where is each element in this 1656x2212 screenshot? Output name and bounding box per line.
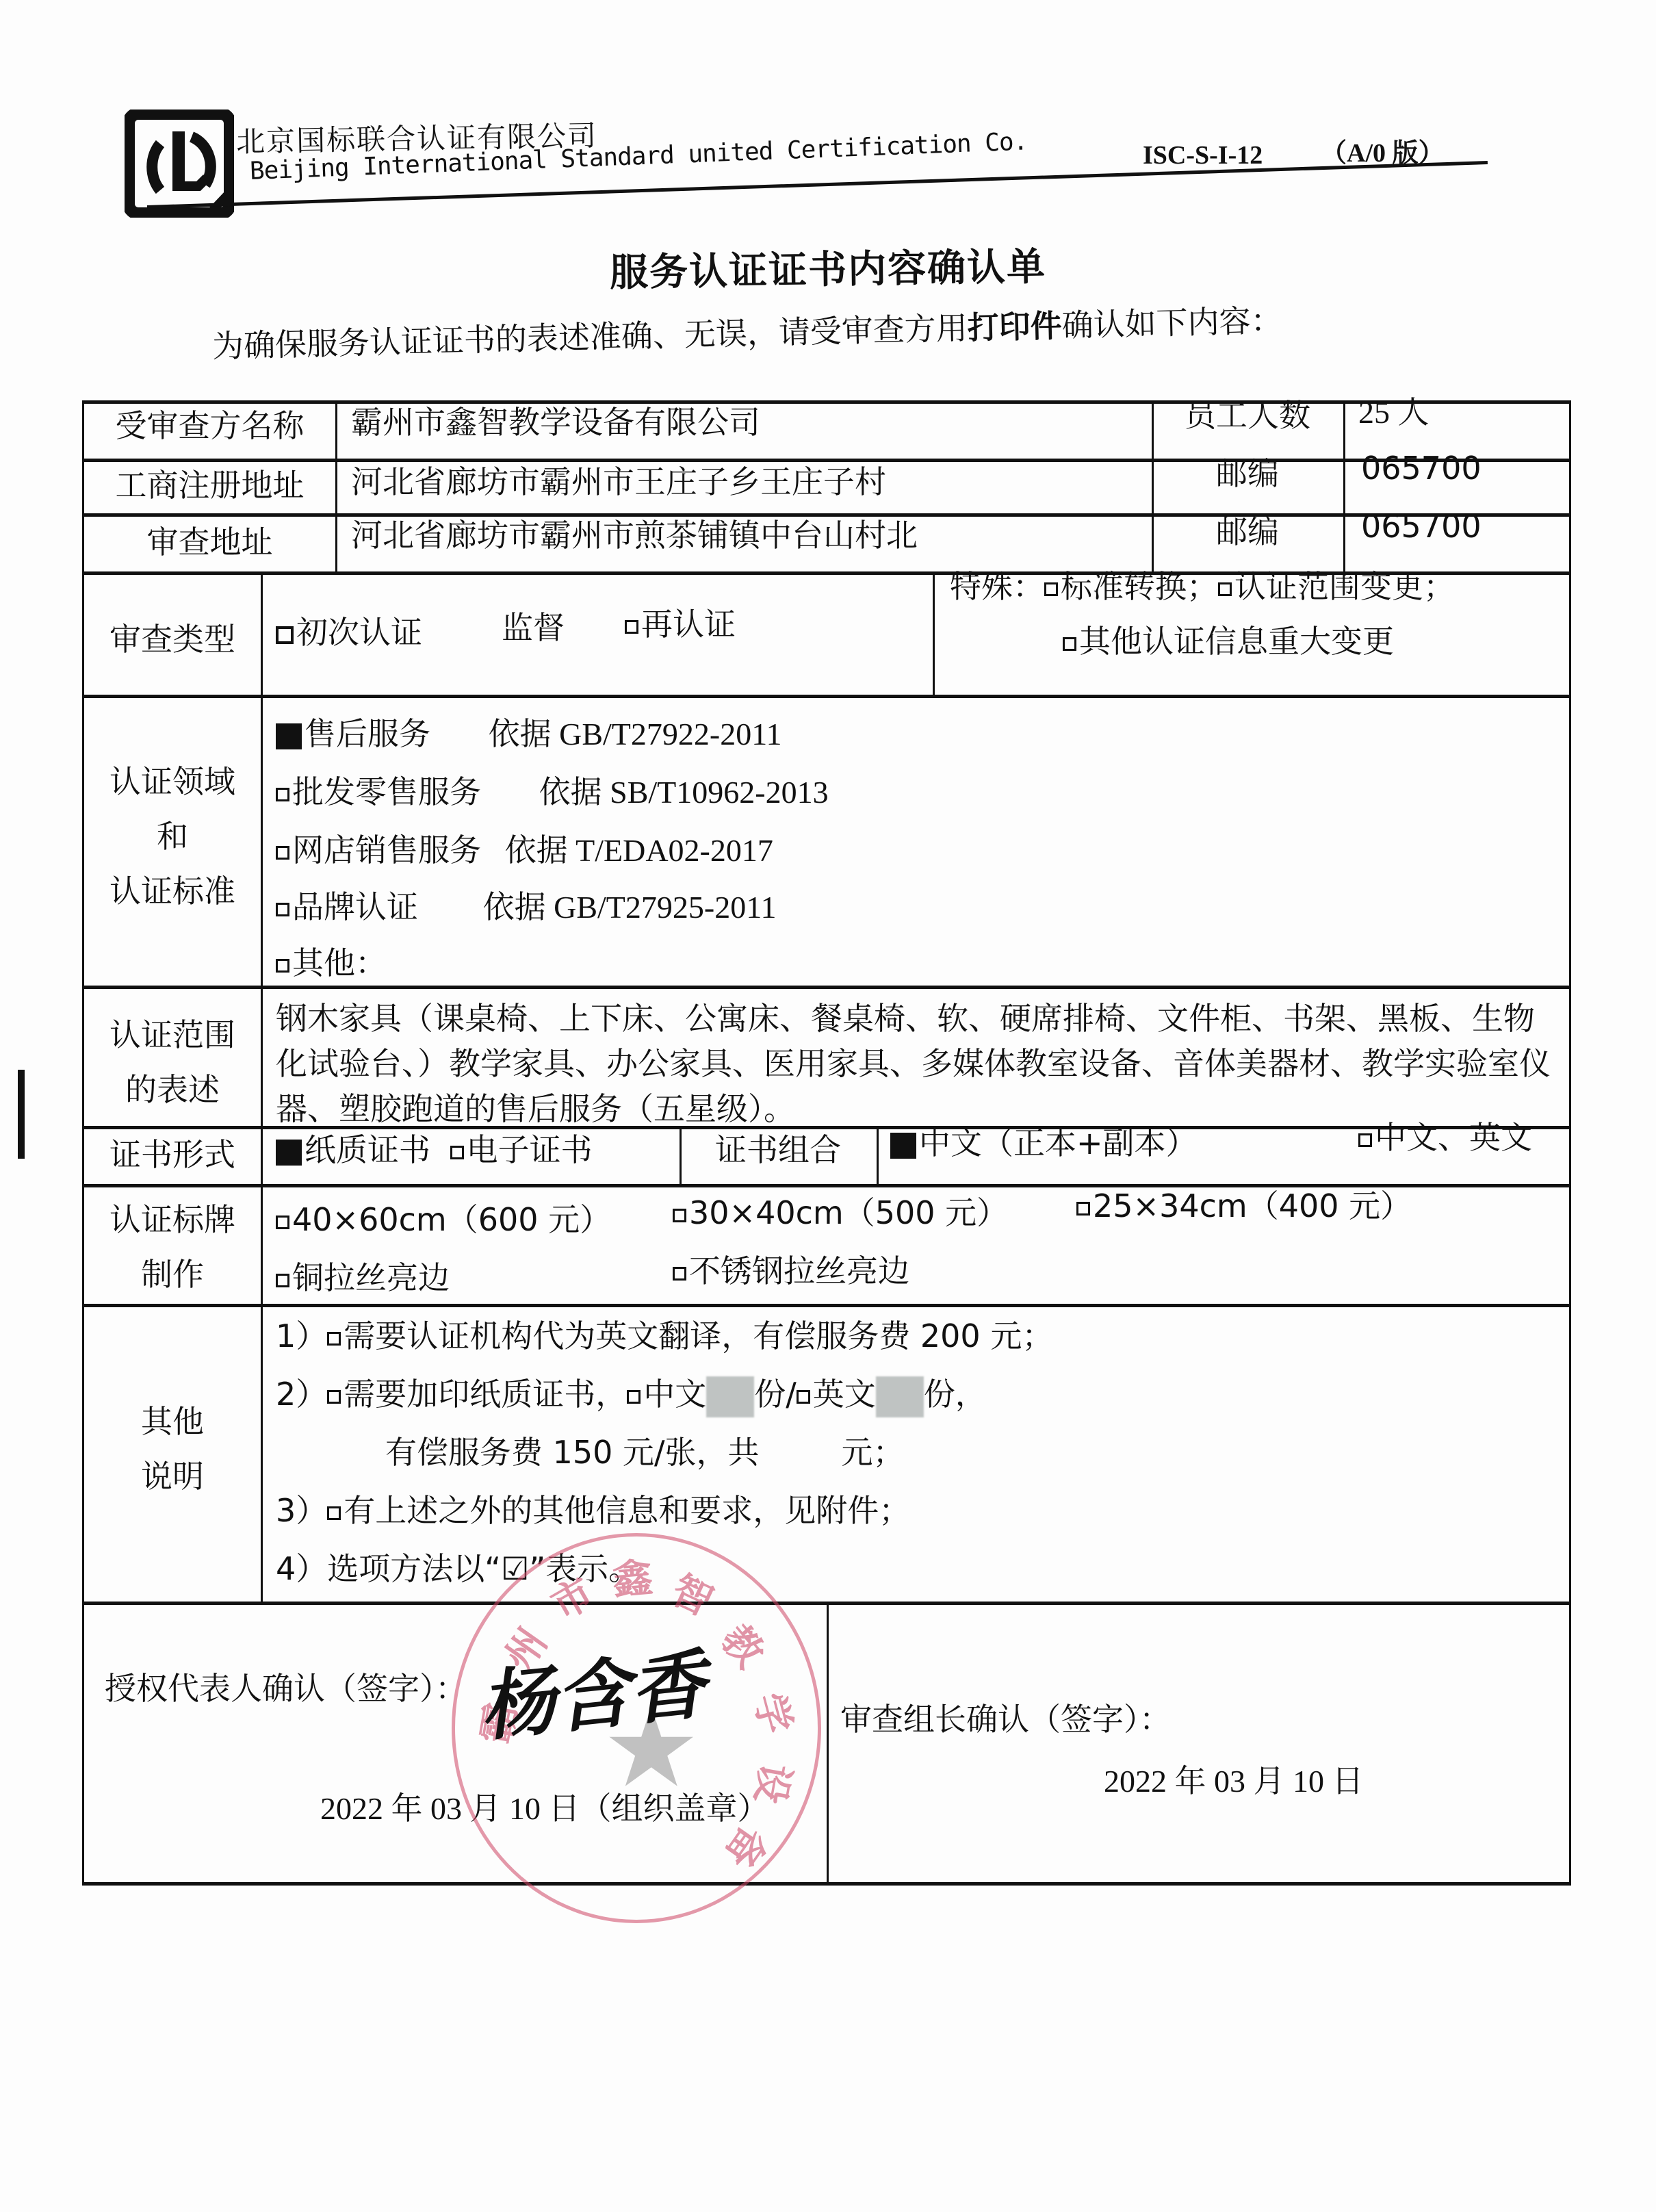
audit-address-label: 审查地址 (84, 524, 335, 561)
redacted-cn-count (706, 1376, 754, 1417)
col-divider (827, 1602, 829, 1882)
option-label: 30×40cm（500 元） (689, 1194, 1008, 1231)
standards-label-1: 认证领域 (84, 763, 261, 801)
document-code: ISC-S-I-12 (1143, 140, 1263, 170)
option-label: 铜拉丝亮边 (292, 1259, 450, 1296)
seal-char: 设 (745, 1760, 808, 1809)
combo-cn-en[interactable]: 中文、英文 (1358, 1119, 1532, 1157)
special-other-change[interactable]: 其他认证信息重大变更 (1063, 623, 1394, 660)
scope-label-2: 的表述 (84, 1071, 261, 1109)
certificate-form-label: 证书形式 (84, 1136, 261, 1174)
option-label: 电子证书 (467, 1131, 593, 1168)
col-divider (1343, 400, 1345, 571)
standard-basis: 依据 GB/T27925-2011 (483, 890, 777, 925)
checkbox-standard-transfer[interactable] (1044, 582, 1058, 596)
checkbox-extra-en[interactable] (797, 1390, 810, 1404)
standard-basis: 依据 SB/T10962-2013 (539, 775, 829, 810)
option-label: 40×60cm（600 元） (292, 1201, 611, 1238)
audit-type-initial[interactable]: 初次认证 (276, 614, 422, 652)
audit-type-surveillance[interactable]: 监督 (502, 609, 565, 647)
col-divider (335, 400, 337, 571)
col-divider (877, 1126, 879, 1184)
checkbox-initial[interactable] (276, 626, 294, 644)
checkbox-wholesale[interactable] (276, 788, 289, 801)
col-divider (933, 571, 935, 695)
item-text: 份， (924, 1376, 987, 1413)
option-label: 再认证 (641, 606, 736, 643)
checkbox-after-sales-checked[interactable] (276, 723, 302, 749)
other-label-1: 其他 (84, 1403, 261, 1441)
scan-edge-mark (18, 1070, 25, 1159)
audit-type-label: 审查类型 (84, 621, 261, 658)
signboard-size-25x34[interactable]: 25×34cm（400 元） (1076, 1187, 1412, 1225)
instructions-emphasis: 打印件 (967, 307, 1062, 346)
seal-char: 学 (743, 1686, 809, 1739)
other-label-2: 说明 (84, 1458, 261, 1495)
employees-value: 25 人 (1358, 394, 1429, 431)
standards-label-2: 和 (84, 818, 261, 856)
instructions: 为确保服务认证证书的表述准确、无误，请受审查方用打印件确认如下内容： (211, 296, 1282, 367)
scope-text: 钢木家具（课桌椅、上下床、公寓床、餐桌椅、软、硬席排椅、文件柜、书架、黑板、生物… (276, 996, 1562, 1131)
item-number: 2） (276, 1376, 327, 1413)
checkbox-30x40[interactable] (673, 1209, 686, 1222)
leader-signature-label: 审查组长确认（签字）： (840, 1701, 1171, 1738)
signboard-label-2: 制作 (84, 1256, 261, 1294)
option-label: 其他认证信息重大变更 (1079, 623, 1394, 660)
checkbox-extra-cn[interactable] (627, 1390, 641, 1404)
item-text: 份/ (754, 1376, 797, 1413)
checkbox-other-major-change[interactable] (1063, 637, 1076, 651)
checkbox-recert[interactable] (625, 620, 638, 634)
option-label: 初次认证 (296, 614, 422, 651)
standards-label-3: 认证标准 (84, 873, 261, 910)
checkbox-cn-checked[interactable] (890, 1133, 916, 1159)
checkbox-brand[interactable] (276, 903, 289, 916)
seal-char: 教 (710, 1610, 780, 1677)
signboard-finish-copper[interactable]: 铜拉丝亮边 (276, 1259, 450, 1297)
standard-online-store[interactable]: 网店销售服务 依据 T/EDA02-2017 (276, 832, 773, 869)
isc-logo-icon (125, 110, 234, 218)
audit-postcode-value: 065700 (1361, 508, 1482, 545)
page-title: 服务认证证书内容确认单 (0, 228, 1656, 306)
checkbox-steel[interactable] (673, 1267, 686, 1281)
standard-basis: 依据 T/EDA02-2017 (505, 833, 773, 868)
signboard-label-1: 认证标牌 (84, 1201, 261, 1239)
option-label: 纸质证书 (305, 1131, 430, 1168)
standard-name: 售后服务 (305, 715, 430, 752)
reg-postcode-label: 邮编 (1152, 455, 1343, 493)
option-label: 中文（正本+副本） (919, 1124, 1198, 1161)
auditee-name-label: 受审查方名称 (84, 407, 335, 445)
standard-name: 批发零售服务 (292, 773, 481, 810)
row-divider (84, 986, 1569, 989)
standard-name: 品牌认证 (292, 888, 418, 925)
col-divider (261, 571, 263, 1602)
employees-label: 员工人数 (1152, 397, 1343, 435)
checkbox-cn-en[interactable] (1358, 1133, 1372, 1147)
redacted-en-count (876, 1376, 924, 1417)
option-label: 标准转换； (1061, 568, 1218, 605)
combo-cn-main-copy[interactable]: 中文（正本+副本） (890, 1124, 1198, 1162)
option-label: 25×34cm（400 元） (1093, 1187, 1412, 1224)
checkbox-40x60[interactable] (276, 1216, 289, 1229)
checkbox-online-store[interactable] (276, 846, 289, 860)
scope-label-1: 认证范围 (84, 1016, 261, 1054)
item-text: 需要认证机构代为英文翻译，有偿服务费 200 元； (344, 1317, 1053, 1354)
checkbox-paper-checked[interactable] (276, 1140, 302, 1166)
auditee-name-value: 霸州市鑫智教学设备有限公司 (351, 404, 760, 441)
signboard-finish-steel[interactable]: 不锈钢拉丝亮边 (673, 1252, 909, 1290)
item-number: 3） (276, 1492, 327, 1529)
checkbox-25x34[interactable] (1076, 1202, 1090, 1216)
other-item-translation[interactable]: 1）需要认证机构代为英文翻译，有偿服务费 200 元； (276, 1317, 1053, 1355)
option-label: 不锈钢拉丝亮边 (689, 1252, 909, 1289)
checkbox-electronic[interactable] (450, 1146, 464, 1159)
item-number: 1） (276, 1317, 327, 1354)
standard-after-sales[interactable]: 售后服务 依据 GB/T27922-2011 (276, 715, 782, 753)
reg-address-label: 工商注册地址 (84, 467, 335, 504)
row-divider (84, 400, 1569, 404)
option-label: 认证范围变更； (1234, 568, 1455, 605)
standard-name: 网店销售服务 (292, 832, 481, 869)
checkbox-attachment[interactable] (327, 1506, 341, 1520)
fee-text: 有偿服务费 150 元/张，共 (385, 1434, 760, 1471)
audit-type-recert[interactable]: 再认证 (625, 606, 736, 643)
special-changes: 特殊：标准转换；认证范围变更； (950, 568, 1455, 606)
confirmation-table: 受审查方名称 霸州市鑫智教学设备有限公司 员工人数 25 人 工商注册地址 河北… (82, 400, 1571, 1886)
rep-signature-label: 授权代表人确认（签字）： (105, 1670, 467, 1708)
row-divider (84, 1882, 1569, 1886)
item-text: 有上述之外的其他信息和要求，见附件； (344, 1492, 910, 1529)
special-label: 特殊： (950, 568, 1044, 605)
leader-date: 2022 年 03 月 10 日 (1104, 1762, 1364, 1800)
reg-address-value: 河北省廊坊市霸州市王庄子乡王庄子村 (351, 463, 886, 501)
signboard-size-30x40[interactable]: 30×40cm（500 元） (673, 1194, 1008, 1232)
other-item-extra-copies[interactable]: 2）需要加印纸质证书，中文份/英文份， (276, 1376, 987, 1417)
standard-other[interactable]: 其他： (276, 944, 387, 982)
checkbox-copper[interactable] (276, 1274, 289, 1287)
other-item-attachment[interactable]: 3）有上述之外的其他信息和要求，见附件； (276, 1492, 910, 1530)
instructions-text: 为确保服务认证证书的表述准确、无误，请受审查方用 (211, 309, 968, 365)
seal-char: 市 (539, 1561, 602, 1631)
standard-wholesale-retail[interactable]: 批发零售服务 依据 SB/T10962-2013 (276, 773, 829, 811)
instructions-text-end: 确认如下内容： (1061, 302, 1282, 344)
item-text: 英文 (813, 1376, 876, 1413)
standard-basis: 依据 GB/T27922-2011 (489, 717, 782, 751)
checkbox-extra-copies[interactable] (327, 1390, 341, 1404)
seal-char: 智 (664, 1558, 724, 1628)
seal-char: 鑫 (610, 1545, 654, 1606)
audit-postcode-label: 邮编 (1152, 513, 1343, 551)
signboard-size-40x60[interactable]: 40×60cm（600 元） (276, 1201, 611, 1239)
fee-unit: 元； (842, 1434, 905, 1471)
item-text: 需要加印纸质证书， (344, 1376, 627, 1413)
certificate-combo-label: 证书组合 (680, 1131, 877, 1169)
item-text: 中文 (643, 1376, 706, 1413)
standard-name: 其他： (292, 944, 387, 981)
certificate-form-options: 纸质证书 电子证书 (276, 1131, 593, 1169)
checkbox-translation[interactable] (327, 1332, 341, 1346)
option-label: 中文、英文 (1375, 1119, 1532, 1156)
audit-address-value: 河北省廊坊市霸州市煎茶铺镇中台山村北 (351, 517, 918, 554)
row-divider (84, 459, 1569, 462)
row-divider (84, 1304, 1569, 1307)
checkbox-other-standard[interactable] (276, 959, 289, 973)
standard-brand[interactable]: 品牌认证 依据 GB/T27925-2011 (276, 888, 777, 926)
checkbox-scope-change[interactable] (1218, 582, 1232, 596)
reg-postcode-value: 065700 (1361, 450, 1482, 487)
other-item-fee: 有偿服务费 150 元/张，共元； (385, 1434, 905, 1471)
row-divider (84, 695, 1569, 698)
